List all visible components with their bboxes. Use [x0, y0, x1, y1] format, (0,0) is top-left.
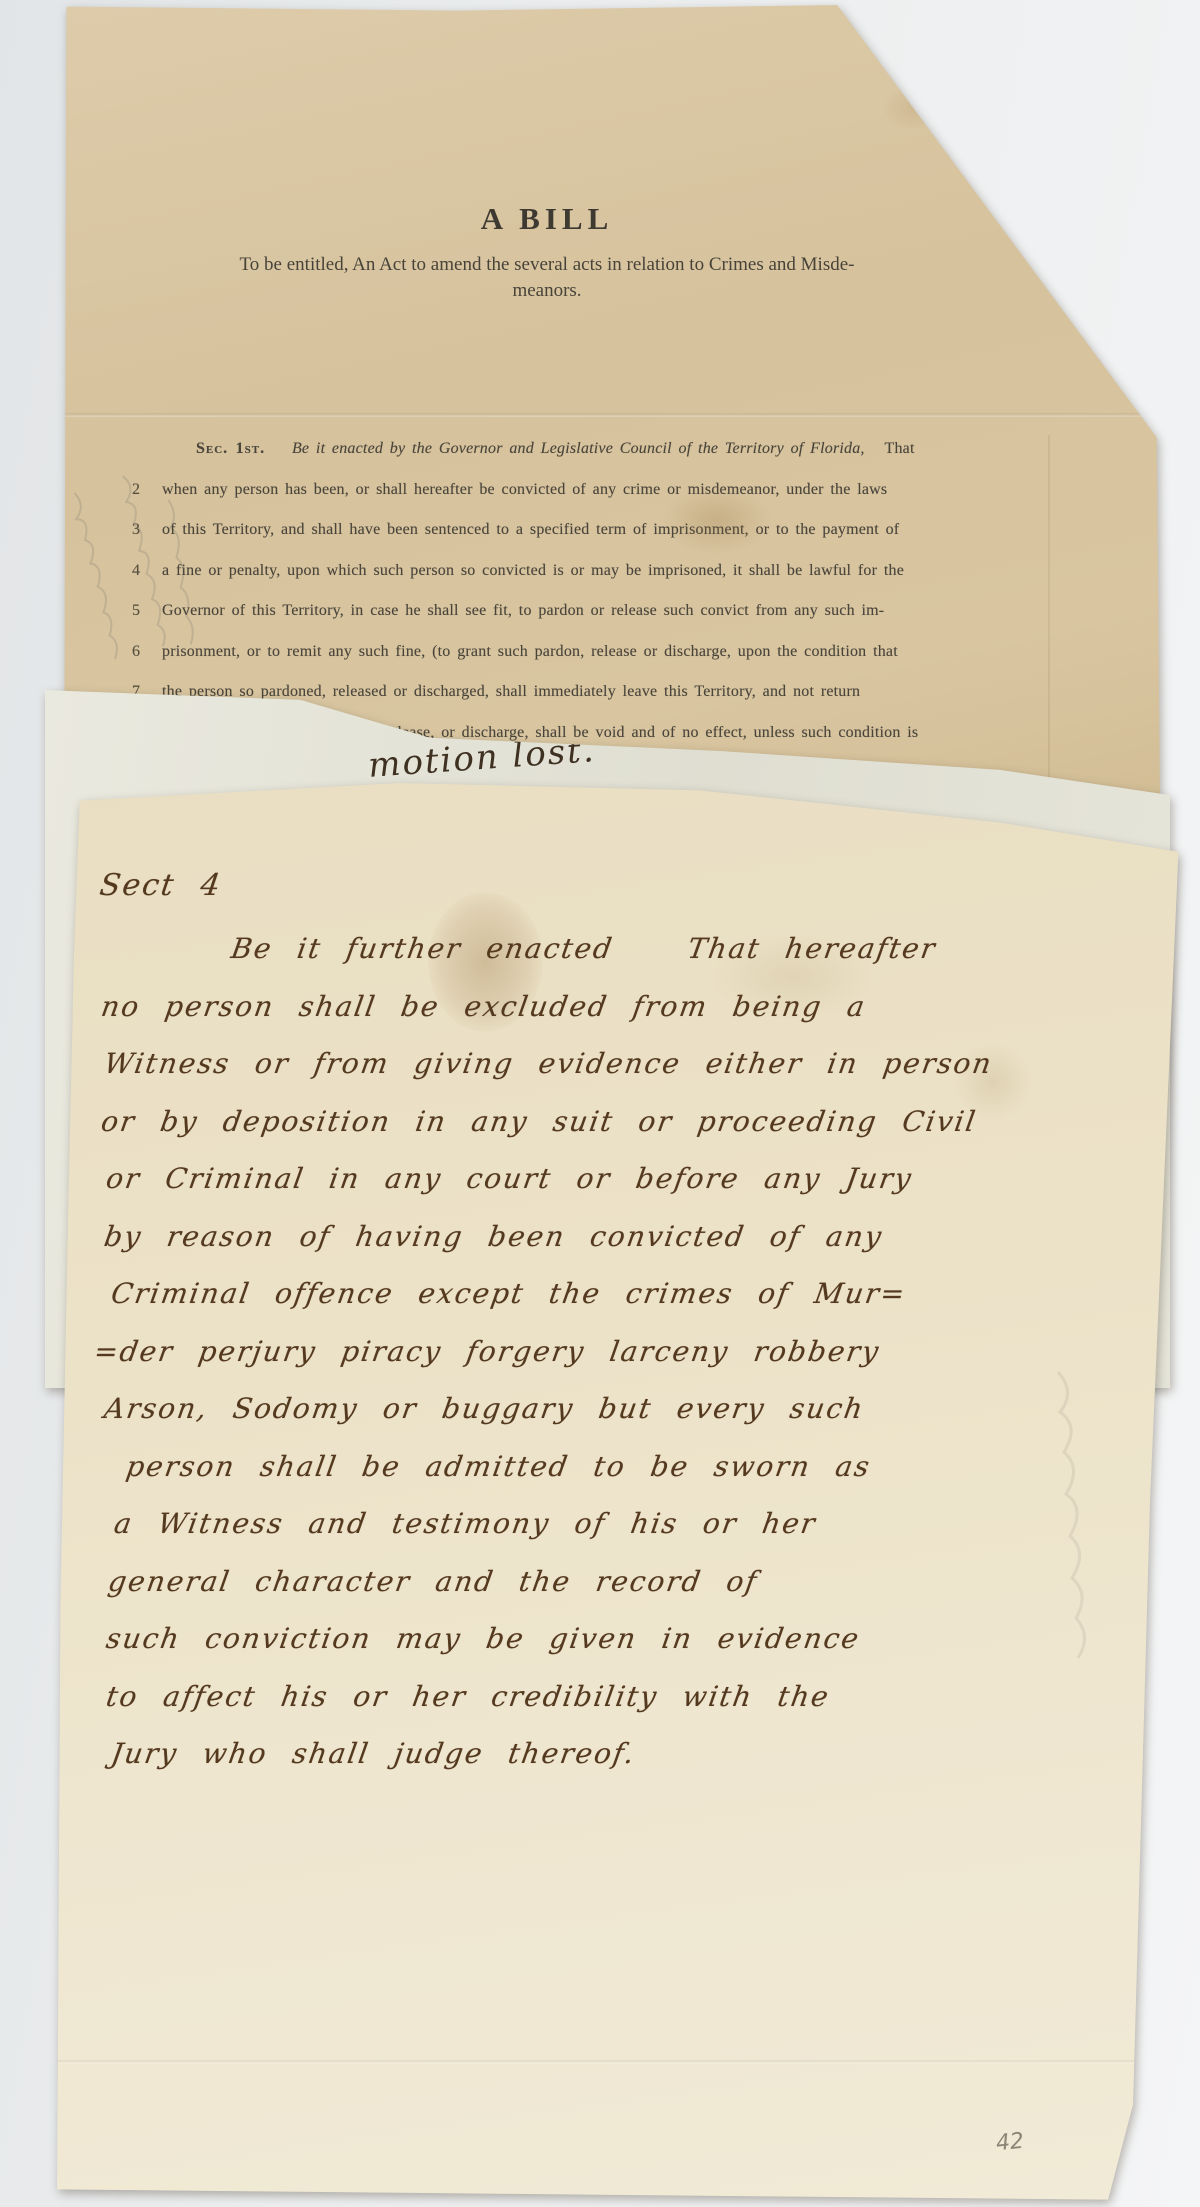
bill-line: 3 of this Territory, and shall have been…: [132, 510, 1062, 551]
manuscript-line: no person shall be excluded from being a: [95, 990, 1137, 1048]
bill-line: 4 a fine or penalty, upon which such per…: [132, 551, 1062, 592]
bill-enacting-that: That: [884, 440, 914, 457]
manuscript-section-label: Sect 4: [98, 868, 225, 903]
bill-paper: A BILL To be entitled, An Act to amend t…: [62, 5, 1160, 806]
bill-subtitle-line2: meanors.: [127, 278, 967, 304]
bill-line: 2 when any person has been, or shall her…: [132, 470, 1062, 511]
manuscript-line: to affect his or her credibility with th…: [100, 1680, 1137, 1738]
bill-line: 5 Governor of this Territory, in case he…: [132, 591, 1062, 632]
bill-enacting-line: Sec. 1st. Be it enacted by the Governor …: [132, 429, 1062, 470]
bill-line: 6 prisonment, or to remit any such fine,…: [132, 632, 1062, 673]
manuscript-line: or by deposition in any suit or proceedi…: [95, 1105, 1137, 1163]
manuscript-line: Witness or from giving evidence either i…: [98, 1047, 1137, 1105]
manuscript-paper: Sect 4 Be it further enacted That hereaf…: [48, 742, 1183, 2207]
manuscript-line: general character and the record of: [102, 1565, 1137, 1623]
manuscript-line: Be it further enacted That hereafter: [225, 932, 1137, 990]
page-number-pencil: 42: [995, 2129, 1025, 2157]
manuscript-page: Sect 4 Be it further enacted That hereaf…: [48, 742, 1183, 2207]
line-number: 2: [132, 470, 140, 511]
manuscript-line: Criminal offence except the crimes of Mu…: [105, 1277, 1137, 1335]
manuscript-line: or Criminal in any court or before any J…: [100, 1162, 1137, 1220]
ink-stain: [882, 85, 952, 131]
manuscript-body: Be it further enacted That hereafter no …: [48, 932, 1128, 1795]
manuscript-line: =der perjury piracy forgery larceny robb…: [88, 1335, 1137, 1393]
manuscript-line: a Witness and testimony of his or her: [108, 1507, 1137, 1565]
printed-bill-page: A BILL To be entitled, An Act to amend t…: [62, 5, 1160, 806]
manuscript-line: person shall be admitted to be sworn as: [120, 1450, 1137, 1508]
line-number: 4: [132, 551, 140, 592]
manuscript-line: by reason of having been convicted of an…: [98, 1220, 1137, 1278]
photograph-background: { "document": { "bill": { "title": "A BI…: [0, 0, 1200, 2207]
line-number: 6: [132, 632, 140, 673]
manuscript-line: such conviction may be given in evidence: [100, 1622, 1137, 1680]
line-number: 3: [132, 510, 140, 551]
bill-section-label: Sec. 1st.: [196, 440, 265, 457]
bill-subtitle-line1: To be entitled, An Act to amend the seve…: [127, 252, 967, 278]
bill-enacting-clause: Be it enacted by the Governor and Legisl…: [292, 440, 865, 457]
manuscript-line: Arson, Sodomy or buggary but every such: [98, 1392, 1137, 1450]
line-number: 5: [132, 591, 140, 632]
bill-subtitle: To be entitled, An Act to amend the seve…: [127, 252, 967, 304]
manuscript-line: Jury who shall judge thereof.: [105, 1737, 1137, 1795]
bill-title: A BILL: [127, 201, 967, 237]
